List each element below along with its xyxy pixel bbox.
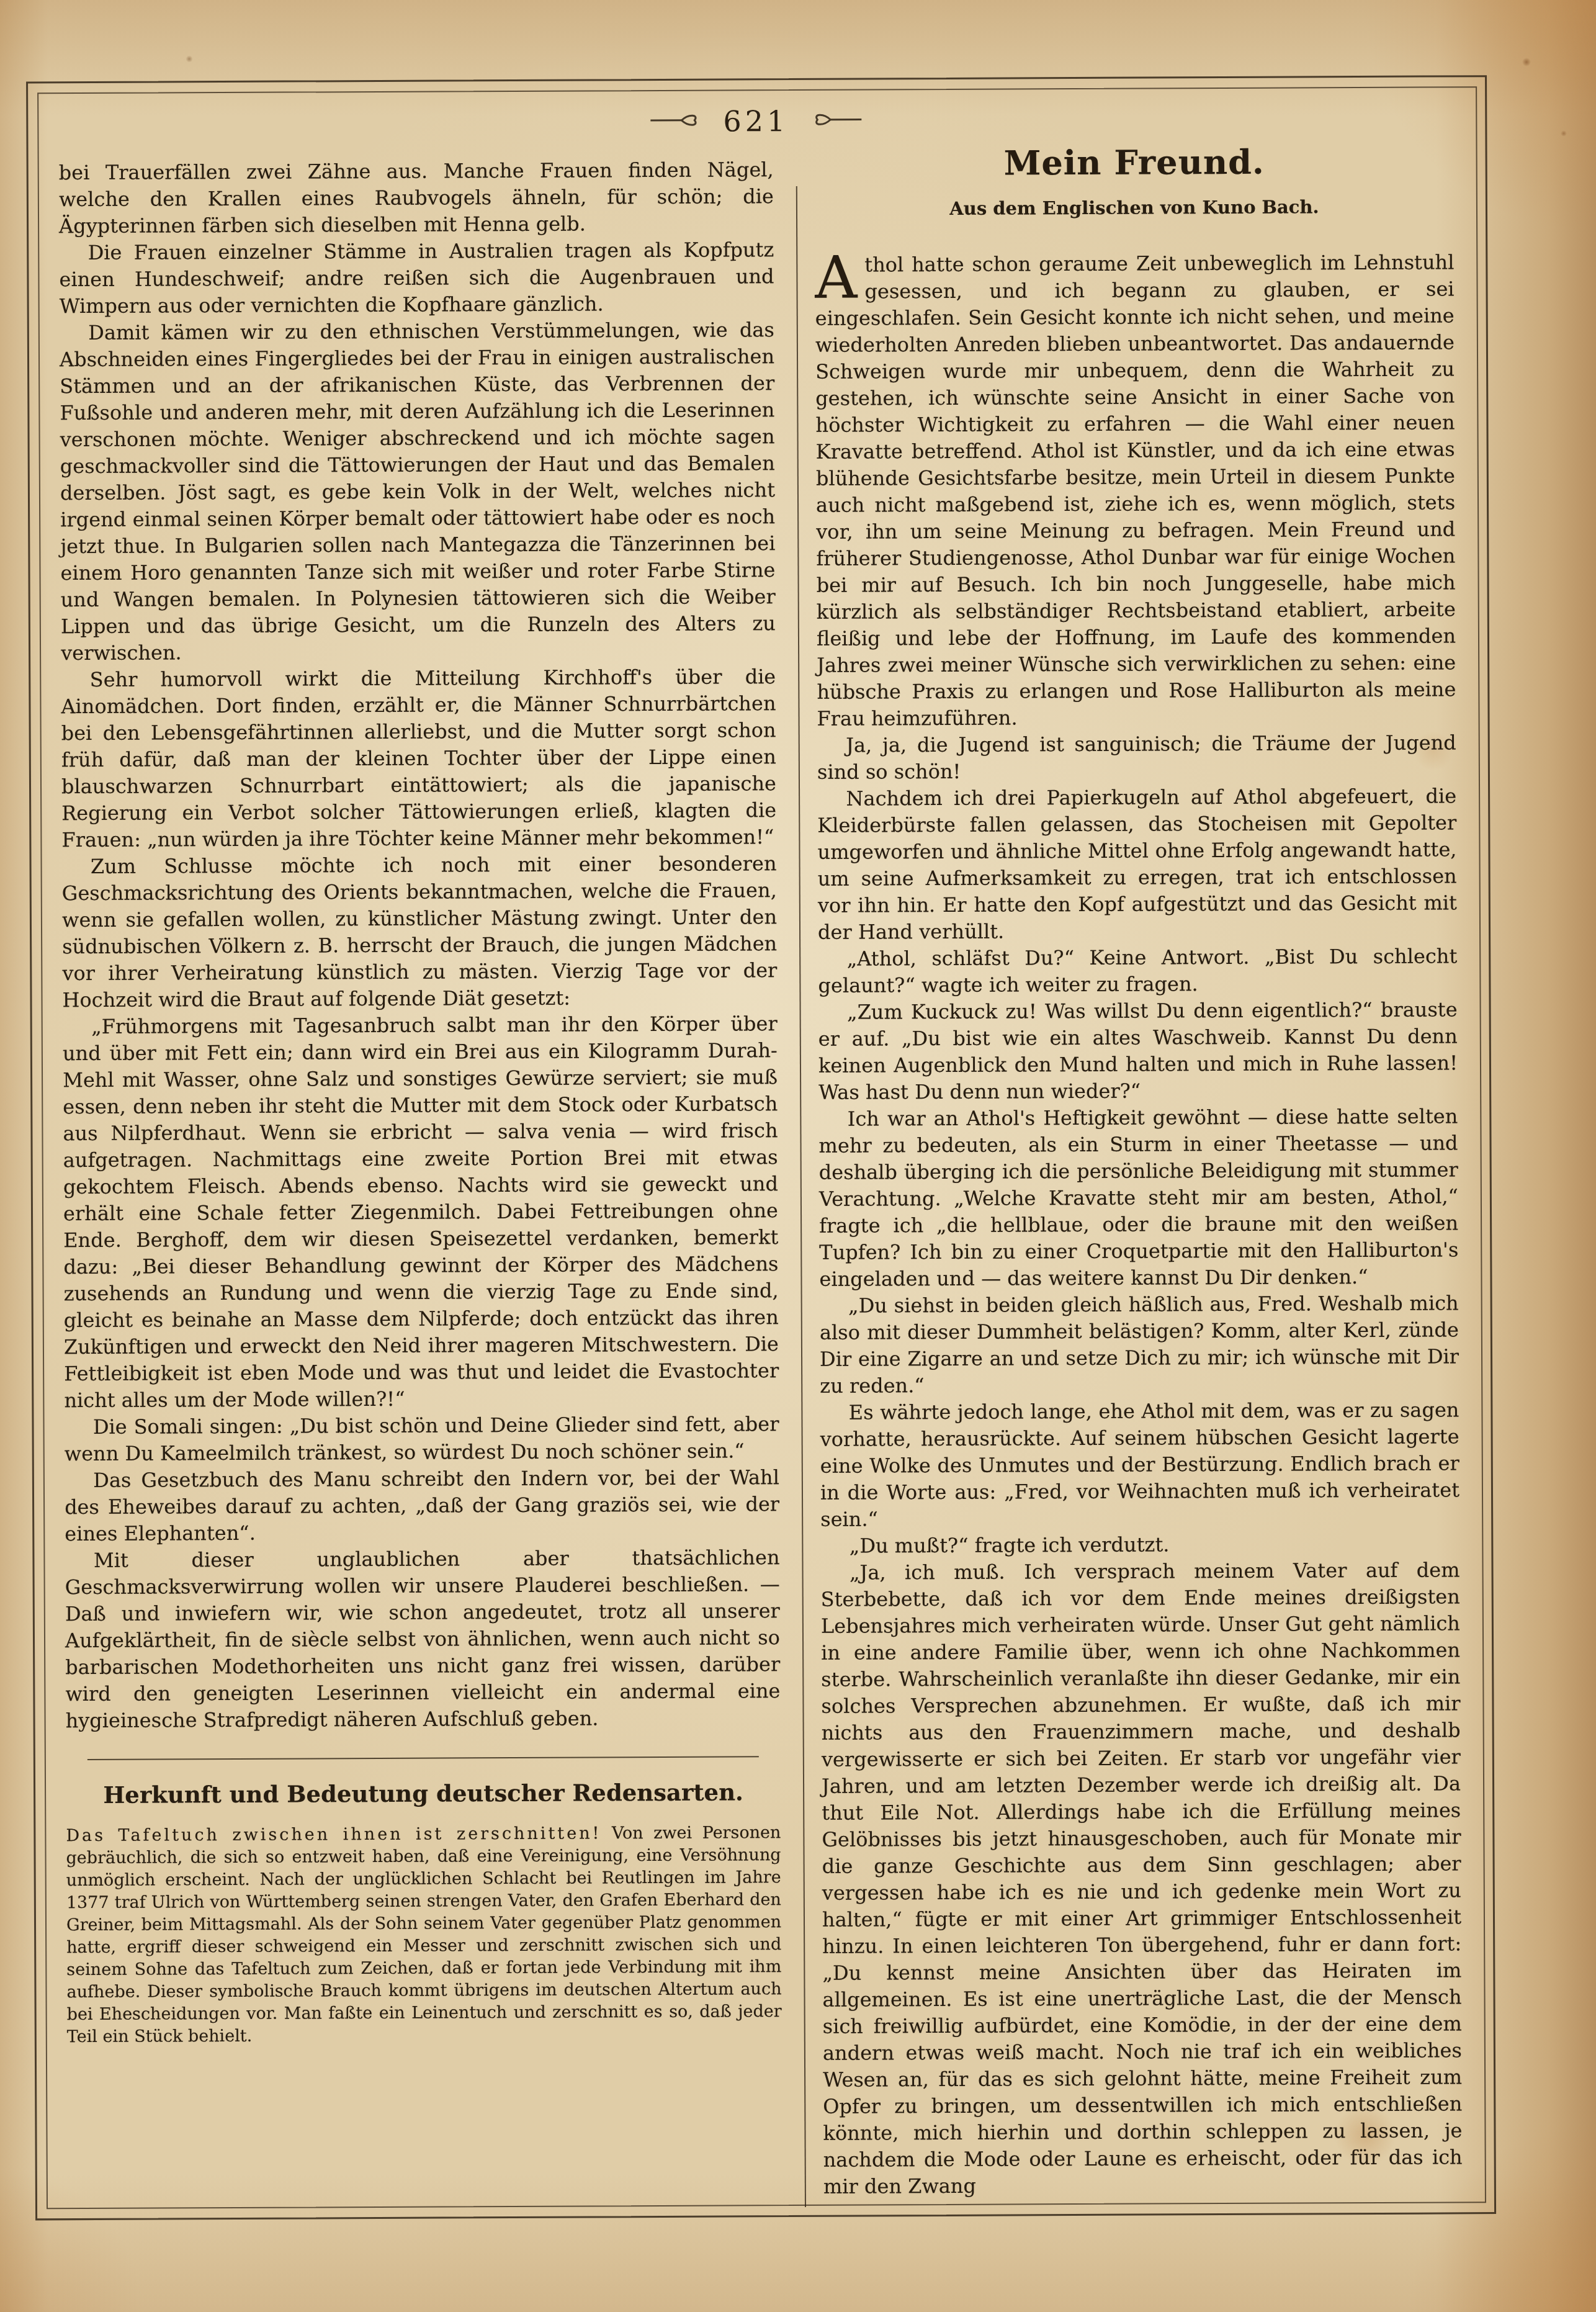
paragraph: Ja, ja, die Jugend ist sanguinisch; die …	[817, 729, 1456, 785]
header-flourish-left-icon	[649, 112, 701, 131]
paragraph: Mit dieser unglaublichen aber thatsächli…	[65, 1544, 780, 1734]
right-column: Mein Freund. Aus dem Englischen von Kuno…	[815, 142, 1463, 2200]
paragraph-text: thol hatte schon geraume Zeit unbeweglic…	[815, 250, 1456, 730]
paragraph: „Frühmorgens mit Tagesanbruch salbt man …	[63, 1010, 779, 1414]
page-number: 621	[723, 104, 789, 138]
story-title: Mein Freund.	[815, 142, 1454, 182]
lead-phrase: Das Tafeltuch zwischen ihnen ist zerschn…	[66, 1824, 601, 1845]
paragraph: „Du mußt?“ fragte ich verdutzt.	[820, 1530, 1459, 1559]
story-subtitle: Aus dem Englischen von Kuno Bach.	[815, 196, 1454, 219]
paragraph: Die Somali singen: „Du bist schön und De…	[64, 1411, 779, 1467]
scanned-magazine-page: 621 bei Trauerfällen zwei Zähne aus. Man…	[0, 0, 1596, 2312]
paragraph: bei Trauerfällen zwei Zähne aus. Manche …	[59, 156, 774, 240]
paragraph: Das Tafeltuch zwischen ihnen ist zerschn…	[66, 1822, 782, 2048]
section-divider-rule	[87, 1756, 759, 1760]
paragraph: Damit kämen wir zu den ethnischen Verstü…	[60, 317, 776, 667]
article-title: Herkunft und Bedeutung deutscher Redensa…	[66, 1778, 781, 1809]
drop-cap: A	[815, 252, 864, 303]
paragraph: Sehr humorvoll wirkt die Mitteilung Kirc…	[61, 663, 776, 853]
page-content: 621 bei Trauerfällen zwei Zähne aus. Man…	[0, 0, 1596, 2312]
header-flourish-right-icon	[810, 112, 863, 130]
paragraph: Athol hatte schon geraume Zeit unbewegli…	[815, 249, 1456, 732]
paragraph: Nachdem ich drei Papierkugeln auf Athol …	[817, 783, 1457, 945]
paragraph: Das Gesetzbuch des Manu schreibt den Ind…	[65, 1464, 780, 1547]
paragraph-text: Von zwei Personen gebräuchlich, die sich…	[66, 1823, 781, 2046]
paragraph: Zum Schlusse möchte ich noch mit einer b…	[61, 850, 777, 1014]
paragraph: „Zum Kuckuck zu! Was willst Du denn eige…	[818, 996, 1458, 1105]
paragraph: „Du siehst in beiden gleich häßlich aus,…	[820, 1290, 1459, 1399]
page-header: 621	[37, 101, 1474, 141]
paragraph: Ich war an Athol's Heftigkeit gewöhnt — …	[818, 1103, 1458, 1292]
paragraph: „Ja, ich muß. Ich versprach meinem Vater…	[820, 1557, 1462, 2200]
paragraph: Die Frauen einzelner Stämme in Australie…	[59, 236, 774, 320]
paragraph: „Athol, schläfst Du?“ Keine Antwort. „Bi…	[818, 943, 1457, 999]
left-column: bei Trauerfällen zwei Zähne aus. Manche …	[59, 156, 782, 2048]
paragraph: Es währte jedoch lange, ehe Athol mit de…	[820, 1397, 1459, 1532]
